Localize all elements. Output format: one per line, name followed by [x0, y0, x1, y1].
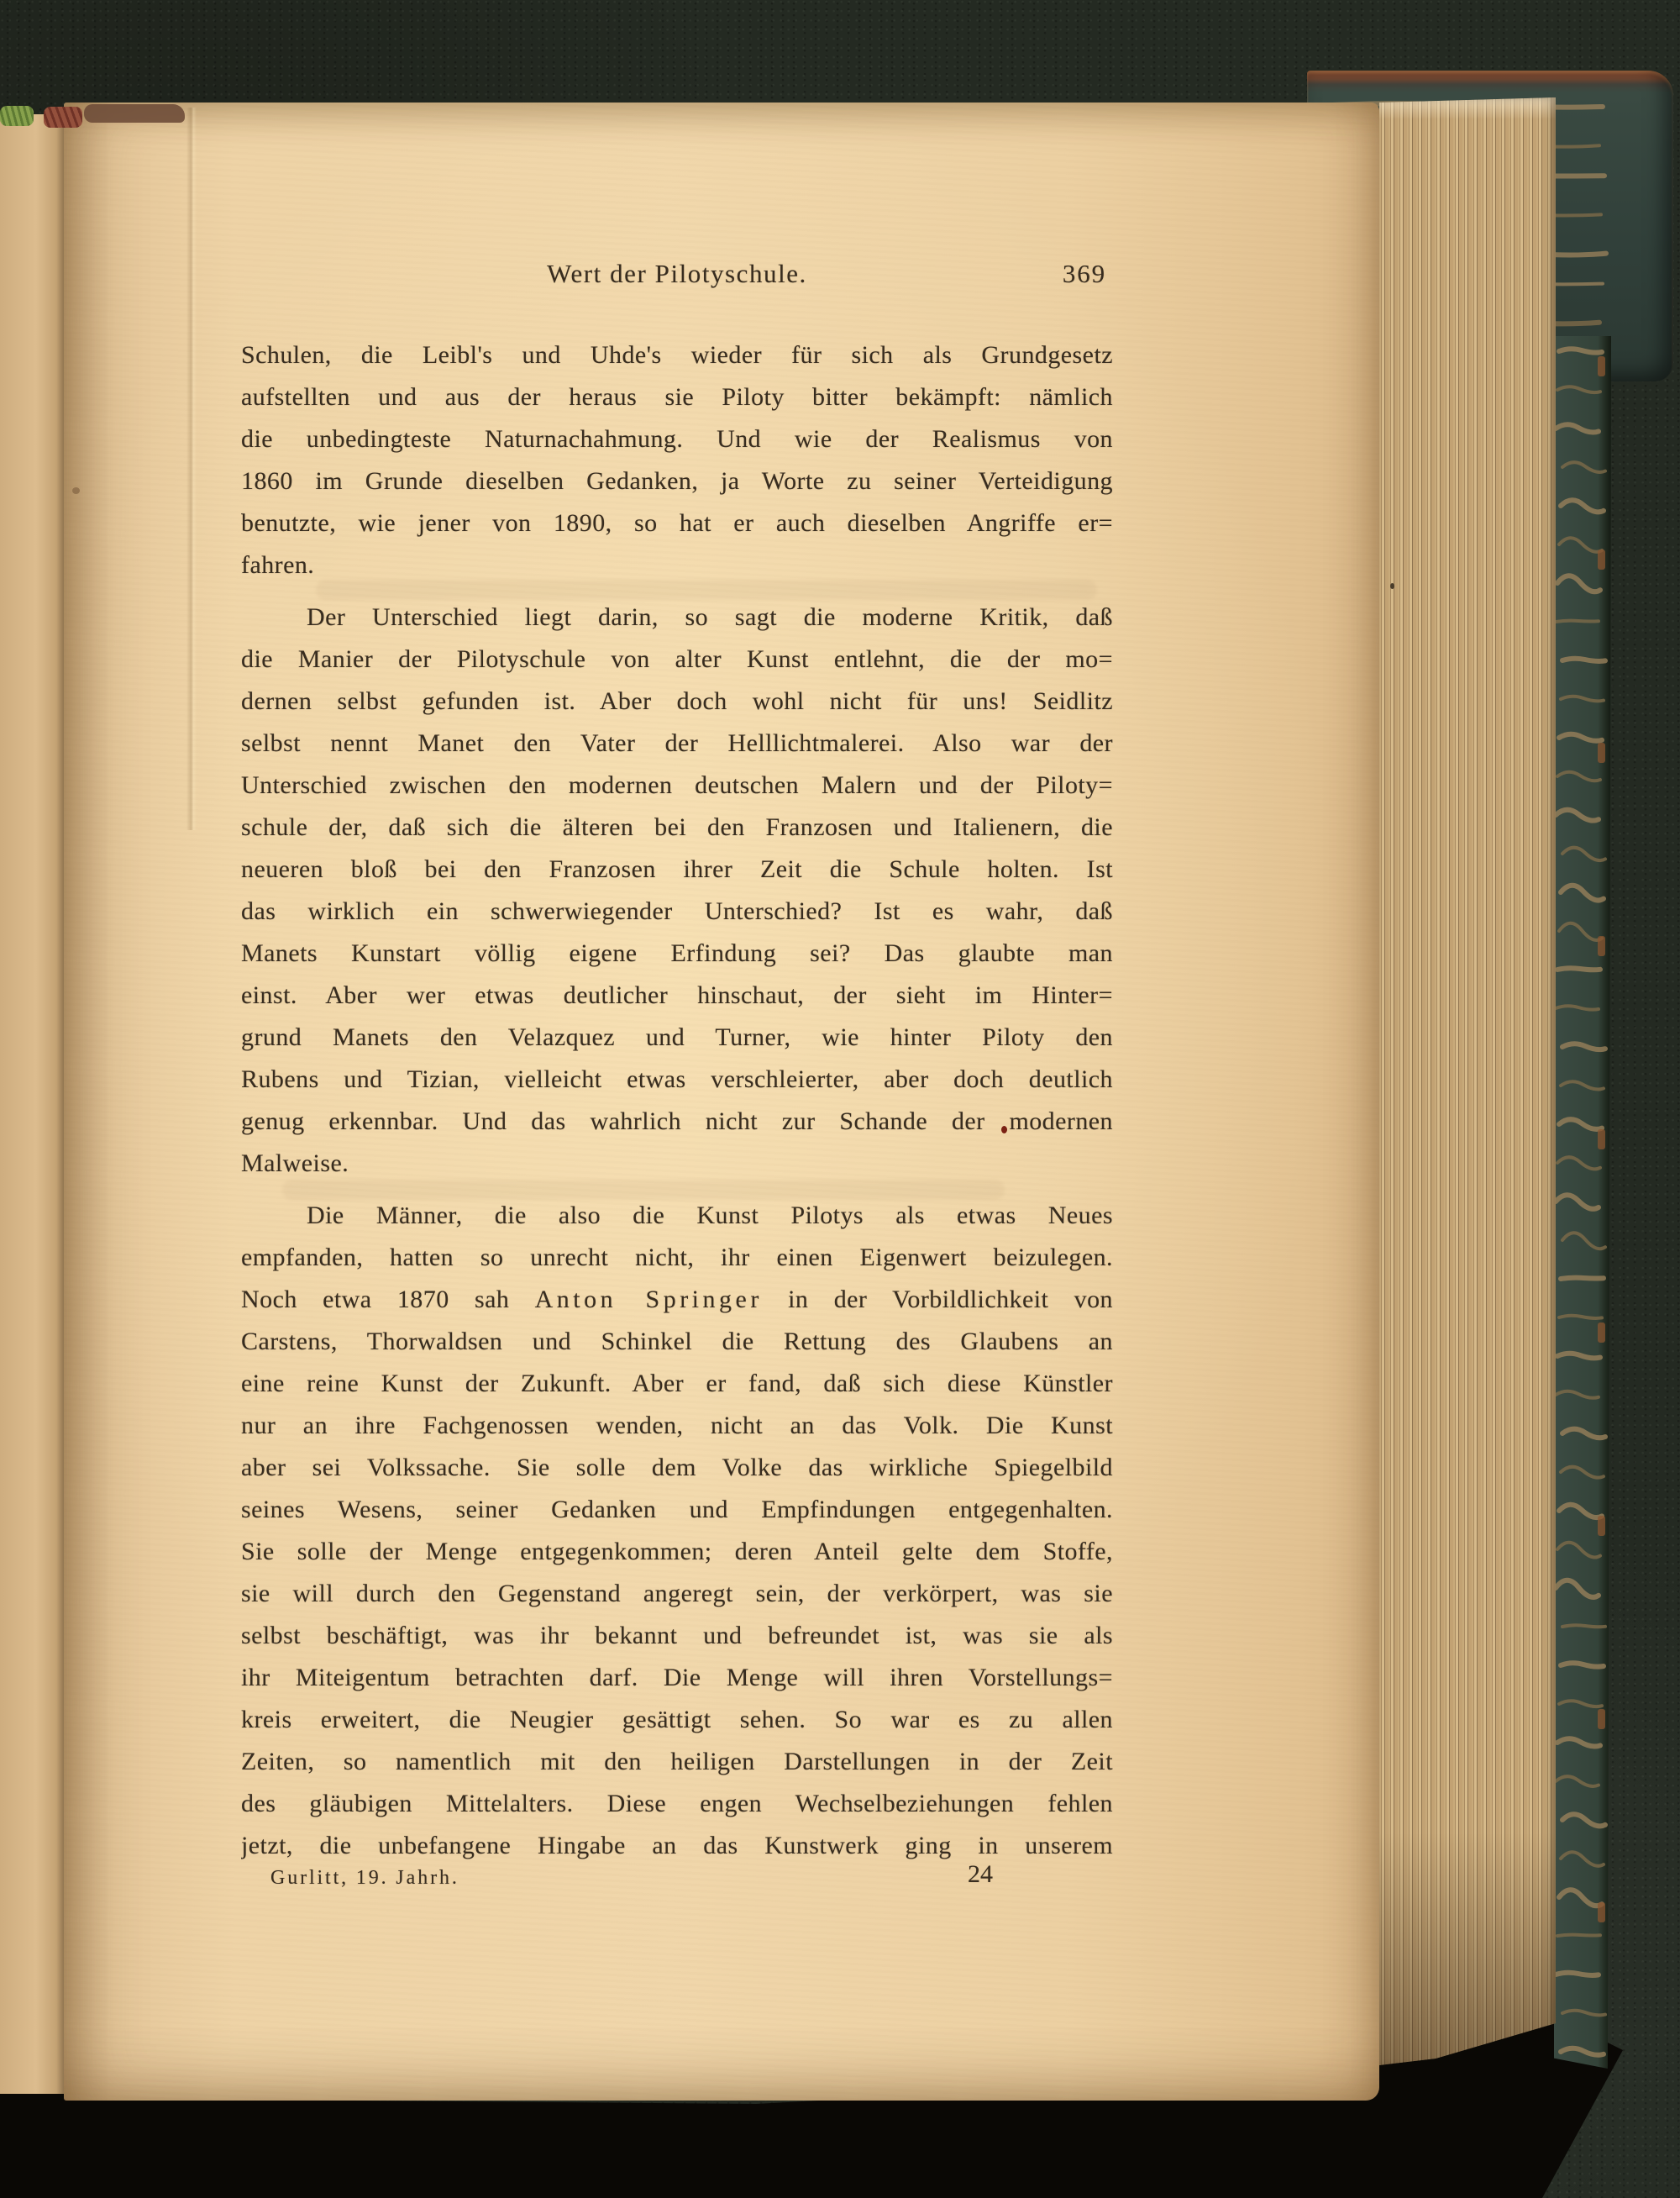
paragraph: Der Unterschied liegt darin, so sagt die…	[241, 597, 1113, 1185]
text-line: die Manier der Pilotyschule von alter Ku…	[241, 639, 1113, 681]
text-line: sie will durch den Gegenstand angeregt s…	[241, 1573, 1113, 1615]
headband-brown	[84, 104, 185, 123]
text-line: die unbedingteste Naturnachahmung. Und w…	[241, 418, 1113, 460]
text-line: Die Männer, die also die Kunst Pilotys a…	[241, 1195, 1113, 1237]
text-line: selbst beschäftigt, was ihr bekannt und …	[241, 1615, 1113, 1657]
text-line: kreis erweitert, die Neugier gesättigt s…	[241, 1699, 1113, 1741]
text-line: genug erkennbar. Und das wahrlich nicht …	[241, 1101, 1113, 1143]
text-line: Unterschied zwischen den modernen deutsc…	[241, 765, 1113, 807]
text-line: das wirklich ein schwerwiegender Untersc…	[241, 891, 1113, 933]
text-line: Rubens und Tizian, vielleicht etwas vers…	[241, 1059, 1113, 1101]
text-line: fahren.	[241, 544, 1113, 586]
text-line: benutzte, wie jener von 1890, so hat er …	[241, 502, 1113, 544]
text-line: Malweise.	[241, 1143, 1113, 1185]
text-line: selbst nennt Manet den Vater der Helllic…	[241, 723, 1113, 765]
text-line: Noch etwa 1870 sah Anton Springer in der…	[241, 1279, 1113, 1321]
book-cover-edge	[1554, 336, 1611, 2069]
page-number: 369	[1063, 259, 1106, 289]
page-block-fore-edge	[1379, 97, 1556, 2069]
text-line: aufstellten und aus der heraus sie Pilot…	[241, 376, 1113, 418]
text-line: einst. Aber wer etwas deutlicher hinscha…	[241, 975, 1113, 1017]
sheet-number: 24	[951, 1860, 1010, 1889]
red-ink-speck	[1001, 1126, 1007, 1133]
text-line: neueren bloß bei den Franzosen ihrer Zei…	[241, 849, 1113, 891]
text-line: aber sei Volkssache. Sie solle dem Volke…	[241, 1447, 1113, 1489]
book-page: Wert der Pilotyschule. 369 Schulen, die …	[64, 103, 1379, 2101]
text-line: seines Wesens, seiner Gedanken und Empfi…	[241, 1489, 1113, 1531]
text-line: Manets Kunstart völlig eigene Erfindung …	[241, 933, 1113, 975]
bleed-through-ghost	[316, 580, 1097, 600]
gutter-page-edge	[0, 114, 66, 2094]
text-line: Zeiten, so namentlich mit den heiligen D…	[241, 1741, 1113, 1783]
text-line: nur an ihre Fachgenossen wenden, nicht a…	[241, 1405, 1113, 1447]
footer-signature: Gurlitt, 19. Jahrh.	[270, 1867, 459, 1890]
running-head: Wert der Pilotyschule. 369	[241, 259, 1113, 297]
text-line: dernen selbst gefunden ist. Aber doch wo…	[241, 681, 1113, 723]
page-crease	[186, 108, 197, 830]
text-line: Carstens, Thorwaldsen und Schinkel die R…	[241, 1321, 1113, 1363]
text-line: empfanden, hatten so unrecht nicht, ihr …	[241, 1237, 1113, 1279]
text-line: ihr Miteigentum betrachten darf. Die Men…	[241, 1657, 1113, 1699]
text-line: eine reine Kunst der Zukunft. Aber er fa…	[241, 1363, 1113, 1405]
paper-speck	[72, 487, 80, 494]
text-line: Schulen, die Leibl's und Uhde's wieder f…	[241, 334, 1113, 376]
running-title: Wert der Pilotyschule.	[241, 259, 1113, 289]
text-line: des gläubigen Mittelalters. Diese engen …	[241, 1783, 1113, 1825]
text-line: schule der, daß sich die älteren bei den…	[241, 807, 1113, 849]
book-photograph: Wert der Pilotyschule. 369 Schulen, die …	[0, 0, 1680, 2198]
headband-red	[44, 107, 82, 128]
text-line: grund Manets den Velazquez und Turner, w…	[241, 1017, 1113, 1059]
text-line: 1860 im Grunde dieselben Gedanken, ja Wo…	[241, 460, 1113, 502]
bleed-through-ghost	[282, 1180, 1005, 1200]
text-line: Der Unterschied liegt darin, so sagt die…	[241, 597, 1113, 639]
paragraph: Schulen, die Leibl's und Uhde's wieder f…	[241, 334, 1113, 586]
ink-speck	[1390, 583, 1394, 589]
text-line: jetzt, die unbefangene Hingabe an das Ku…	[241, 1825, 1113, 1867]
headband-green	[0, 106, 34, 126]
page-body-text: Schulen, die Leibl's und Uhde's wieder f…	[241, 334, 1113, 1867]
text-line: Sie solle der Menge entgegenkommen; dere…	[241, 1531, 1113, 1573]
cover-grain-texture	[1554, 336, 1611, 2069]
paragraph: Die Männer, die also die Kunst Pilotys a…	[241, 1195, 1113, 1867]
